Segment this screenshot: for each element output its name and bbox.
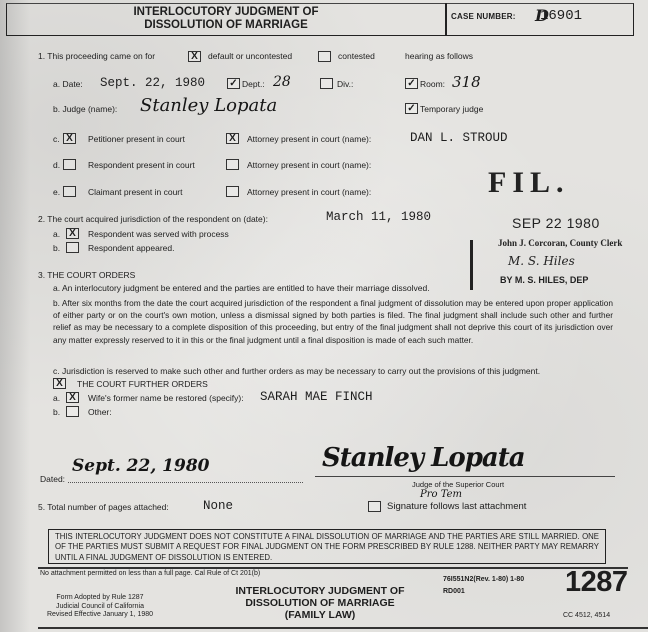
default-checkbox[interactable]: X	[188, 51, 201, 62]
hearing-label: hearing as follows	[405, 51, 473, 61]
judge-label: b. Judge (name):	[53, 104, 117, 114]
respondent-appeared-label: Respondent appeared.	[88, 243, 175, 253]
cc-codes: CC 4512, 4514	[563, 612, 610, 619]
dated-label: Dated:	[40, 474, 65, 484]
room-checkbox[interactable]: ✓	[405, 78, 418, 89]
filed-stamp: FIL.	[488, 166, 570, 200]
temporary-judge-label: Temporary judge	[420, 104, 483, 114]
signature-follows-label: Signature follows last attachment	[387, 501, 526, 512]
judge-signature-line	[315, 476, 615, 477]
room-value: 318	[452, 73, 481, 91]
dept-checkbox[interactable]: ✓	[227, 78, 240, 89]
contested-label: contested	[338, 51, 375, 61]
filed-stamp-by: BY M. S. HILES, DEP	[500, 275, 588, 285]
claimant-attorney-checkbox[interactable]	[226, 186, 239, 197]
served-with-process-label: Respondent was served with process	[88, 229, 229, 239]
judge-signature: Stanley Lopata	[322, 443, 525, 473]
header-divider	[445, 3, 447, 36]
filed-stamp-deputy-signature: M. S. Hiles	[508, 254, 575, 268]
contested-checkbox[interactable]	[318, 51, 331, 62]
served-with-process-checkbox[interactable]: X	[66, 228, 79, 239]
s4-b-prefix: b.	[53, 407, 60, 417]
petitioner-present-checkbox[interactable]: X	[63, 133, 76, 144]
other-orders-label: Other:	[88, 407, 112, 417]
date-value: Sept. 22, 1980	[100, 76, 205, 90]
petitioner-attorney-checkbox[interactable]: X	[226, 133, 239, 144]
d-prefix: d.	[53, 160, 60, 170]
pro-tem-note: Pro Tem	[420, 489, 462, 500]
revision-code: 76I551N2(Rev. 1-80) 1-80	[443, 576, 524, 583]
filed-stamp-date: SEP 22 1980	[512, 215, 600, 231]
notice-box: This interlocutory judgment does not con…	[48, 529, 606, 564]
dated-line	[68, 482, 303, 483]
restore-name-label: Wife's former name be restored (specify)…	[88, 393, 244, 403]
claimant-attorney-label: Attorney present in court (name):	[247, 187, 371, 197]
c-prefix: c.	[53, 134, 60, 144]
respondent-present-checkbox[interactable]	[63, 159, 76, 170]
rd-code: RD001	[443, 588, 465, 595]
petitioner-attorney-value: DAN L. STROUD	[410, 131, 508, 145]
e-prefix: e.	[53, 187, 60, 197]
claimant-present-checkbox[interactable]	[63, 186, 76, 197]
claimant-present-label: Claimant present in court	[88, 187, 183, 197]
document-page: INTERLOCUTORY JUDGMENT OF DISSOLUTION OF…	[0, 0, 648, 632]
s2-a-prefix: a.	[53, 229, 60, 239]
section1-intro: 1. This proceeding came on for	[38, 51, 155, 61]
form-title: INTERLOCUTORY JUDGMENT OF DISSOLUTION OF…	[6, 6, 446, 32]
section3-heading: 3. THE COURT ORDERS	[38, 270, 135, 280]
further-orders-checkbox[interactable]: X	[53, 378, 66, 389]
restore-name-value: SARAH MAE FINCH	[260, 390, 373, 404]
section2-intro: 2. The court acquired jurisdiction of th…	[38, 214, 268, 224]
s4-a-prefix: a.	[53, 393, 60, 403]
order-a-text: a. An interlocutory judgment be entered …	[53, 283, 430, 293]
filed-stamp-clerk: John J. Corcoran, County Clerk	[498, 238, 622, 248]
temporary-judge-checkbox[interactable]: ✓	[405, 103, 418, 114]
dept-label: Dept.:	[242, 79, 265, 89]
order-b-text: b. After six months from the date the co…	[53, 297, 613, 346]
dept-value: 28	[273, 74, 291, 90]
order-c-text: c. Jurisdiction is reserved to make such…	[53, 366, 540, 376]
dated-value: Sept. 22, 1980	[72, 456, 209, 476]
petitioner-present-label: Petitioner present in court	[88, 134, 185, 144]
room-label: Room:	[420, 79, 445, 89]
pages-attached-value: None	[203, 499, 233, 513]
judge-caption: Judge of the Superior Court	[412, 480, 504, 489]
form-adopted-block: Form Adopted by Rule 1287 Judicial Counc…	[40, 594, 160, 620]
form-number: 1287	[565, 566, 628, 599]
pages-attached-label: 5. Total number of pages attached:	[38, 502, 169, 512]
s2-b-prefix: b.	[53, 243, 60, 253]
restore-name-checkbox[interactable]: X	[66, 392, 79, 403]
date-label: a. Date:	[53, 79, 83, 89]
case-number-value: 16901	[540, 8, 582, 24]
signature-follows-checkbox[interactable]	[368, 501, 381, 512]
respondent-appeared-checkbox[interactable]	[66, 242, 79, 253]
judge-name-value: Stanley Lopata	[140, 95, 277, 116]
respondent-attorney-checkbox[interactable]	[226, 159, 239, 170]
other-orders-checkbox[interactable]	[66, 406, 79, 417]
default-label: default or uncontested	[208, 51, 292, 61]
case-number-label: CASE NUMBER:	[451, 12, 516, 21]
footer-rule-top	[38, 567, 628, 569]
respondent-attorney-label: Attorney present in court (name):	[247, 160, 371, 170]
respondent-present-label: Respondent present in court	[88, 160, 195, 170]
footer-rule-bottom	[38, 627, 648, 629]
scan-shadow	[0, 0, 30, 632]
attachment-note: No attachment permitted on less than a f…	[40, 570, 260, 577]
jurisdiction-date-value: March 11, 1980	[326, 210, 431, 224]
div-checkbox[interactable]	[320, 78, 333, 89]
footer-title: INTERLOCUTORY JUDGMENT OF DISSOLUTION OF…	[200, 585, 440, 621]
div-label: Div.:	[337, 79, 353, 89]
petitioner-attorney-label: Attorney present in court (name):	[247, 134, 371, 144]
further-orders-heading: THE COURT FURTHER ORDERS	[77, 379, 208, 389]
filed-stamp-bracket	[470, 240, 475, 290]
